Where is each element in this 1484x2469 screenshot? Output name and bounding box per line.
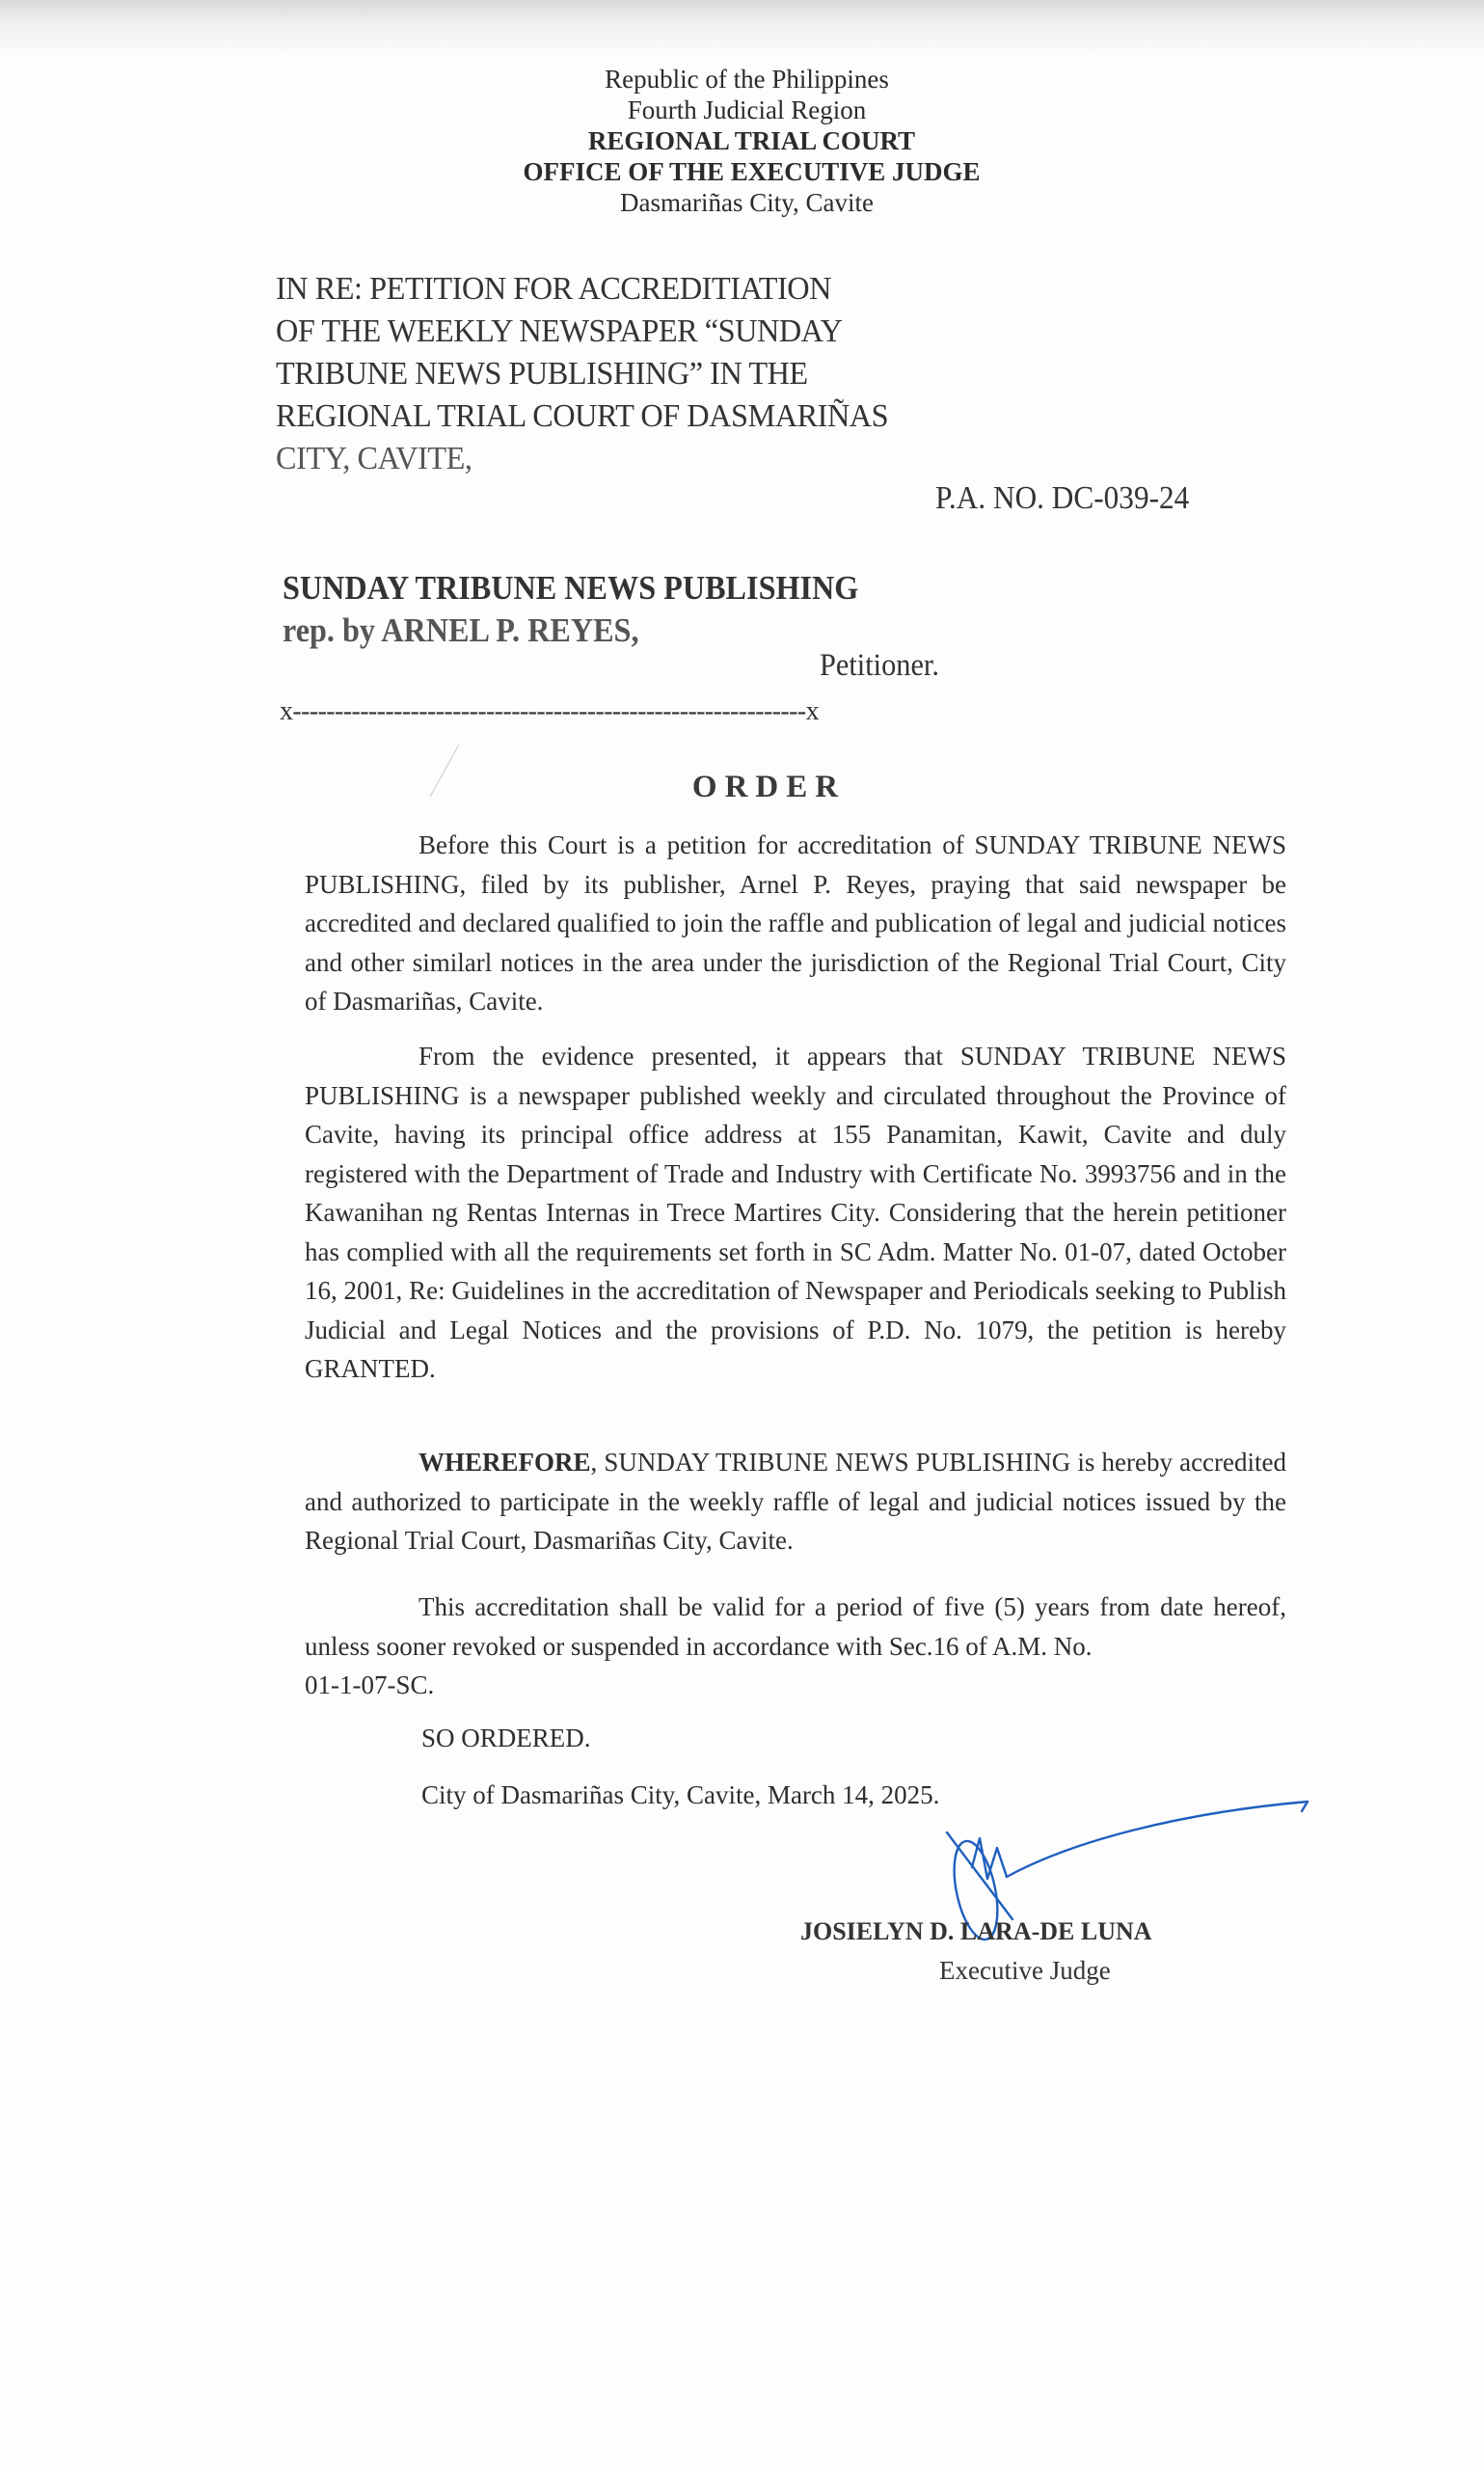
caption-line: IN RE: PETITION FOR ACCREDITIATION — [276, 268, 972, 311]
signatory-title: Executive Judge — [939, 1956, 1111, 1986]
petitioner-name: SUNDAY TRIBUNE NEWS PUBLISHING — [283, 567, 858, 610]
header-court: REGIONAL TRIAL COURT — [19, 125, 1484, 156]
court-header: Republic of the Philippines Fourth Judic… — [0, 64, 1484, 218]
petitioner-representative: rep. by ARNEL P. REYES, — [283, 610, 858, 652]
paragraph-text: From the evidence presented, it appears … — [305, 1037, 1286, 1389]
scan-shadow — [0, 0, 1484, 58]
order-paragraph-petition: Before this Court is a petition for accr… — [305, 826, 1286, 1021]
header-region: Fourth Judicial Region — [10, 95, 1484, 125]
caption-divider: x---------------------------------------… — [280, 696, 819, 727]
header-city: Dasmariñas City, Cavite — [10, 187, 1484, 218]
petitioner-block: SUNDAY TRIBUNE NEWS PUBLISHING rep. by A… — [283, 567, 858, 652]
caption-line: OF THE WEEKLY NEWSPAPER “SUNDAY — [276, 311, 972, 353]
header-office: OFFICE OF THE EXECUTIVE JUDGE — [19, 156, 1484, 187]
order-title: ORDER — [27, 770, 1484, 805]
header-republic: Republic of the Philippines — [10, 64, 1484, 95]
so-ordered: SO ORDERED. — [421, 1723, 591, 1753]
caption-line: CITY, CAVITE, — [276, 438, 972, 480]
case-caption: IN RE: PETITION FOR ACCREDITIATION OF TH… — [276, 268, 972, 480]
caption-line: TRIBUNE NEWS PUBLISHING” IN THE — [276, 353, 972, 395]
order-paragraph-wherefore: WHEREFORE, SUNDAY TRIBUNE NEWS PUBLISHIN… — [305, 1443, 1286, 1560]
signatory-name: JOSIELYN D. LARA-DE LUNA — [800, 1917, 1152, 1946]
paragraph-text-end: 01-1-07-SC. — [305, 1666, 1286, 1705]
paragraph-text: WHEREFORE, SUNDAY TRIBUNE NEWS PUBLISHIN… — [305, 1443, 1286, 1560]
paragraph-text: This accreditation shall be valid for a … — [305, 1587, 1286, 1666]
place-and-date: City of Dasmariñas City, Cavite, March 1… — [421, 1780, 939, 1810]
paragraph-text: Before this Court is a petition for accr… — [305, 826, 1286, 1021]
wherefore-lead: WHEREFORE — [418, 1448, 591, 1477]
party-role: Petitioner. — [820, 648, 939, 684]
case-number: P.A. NO. DC-039-24 — [935, 480, 1189, 517]
order-paragraph-evidence: From the evidence presented, it appears … — [305, 1037, 1286, 1389]
order-paragraph-validity: This accreditation shall be valid for a … — [305, 1587, 1286, 1705]
caption-line: REGIONAL TRIAL COURT OF DASMARIÑAS — [276, 395, 972, 438]
